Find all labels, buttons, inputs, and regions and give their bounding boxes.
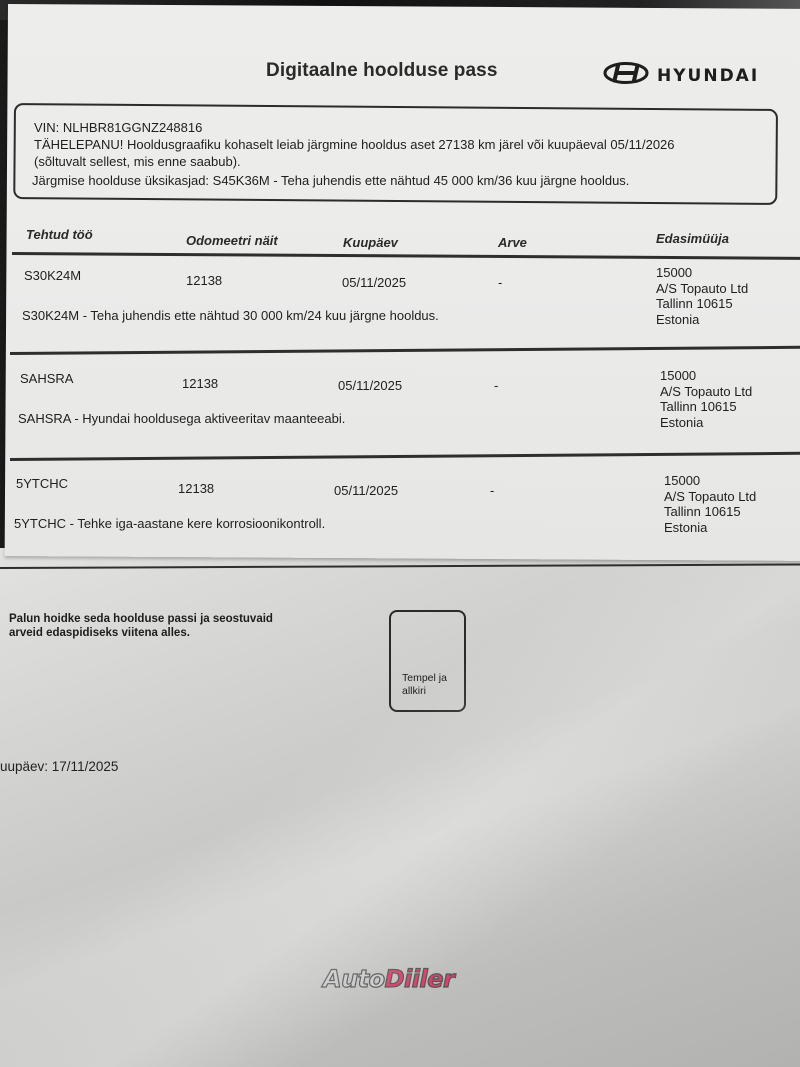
stamp-label: Tempel ja allkiri	[402, 672, 447, 698]
invoice: -	[490, 483, 494, 498]
lower-sheet: Palun hoidke seda hoolduse passi ja seos…	[0, 548, 800, 1067]
service-date: 05/11/2025	[342, 275, 406, 290]
service-code: S30K24M	[24, 268, 81, 283]
invoice: -	[498, 275, 502, 290]
dealer-line: Estonia	[664, 520, 756, 536]
print-date: uupäev: 17/11/2025	[0, 759, 118, 774]
watermark-auto: Auto	[323, 965, 385, 993]
odometer-reading: 12138	[182, 376, 218, 391]
service-date: 05/11/2025	[334, 483, 398, 498]
dealer-line: Estonia	[656, 312, 748, 328]
dealer-line: 15000	[656, 265, 748, 281]
service-description: 5YTCHC - Tehke iga-aastane kere korrosio…	[14, 516, 325, 531]
service-code: 5YTCHC	[16, 476, 68, 491]
dealer-info: 15000A/S Topauto LtdTallinn 10615Estonia	[664, 473, 756, 535]
dealer-line: A/S Topauto Ltd	[660, 384, 752, 400]
vin: VIN: NLHBR81GGNZ248816	[34, 120, 202, 135]
watermark-diiler: Diiler	[385, 965, 455, 993]
next-service-warning-cont: (sõltuvalt sellest, mis enne saabub).	[34, 154, 241, 169]
dealer-line: A/S Topauto Ltd	[656, 281, 748, 297]
keep-note-line-2: arveid edaspidiseks viitena alles.	[9, 626, 273, 640]
dealer-info: 15000A/S Topauto LtdTallinn 10615Estonia	[656, 265, 748, 327]
stamp-label-line-1: Tempel ja	[402, 672, 447, 685]
next-service-warning: TÄHELEPANU! Hooldusgraafiku kohaselt lei…	[34, 137, 675, 152]
header-date: Kuupäev	[343, 235, 398, 250]
service-code: SAHSRA	[20, 371, 73, 386]
keep-note: Palun hoidke seda hoolduse passi ja seos…	[9, 612, 273, 640]
dealer-line: 15000	[664, 473, 756, 489]
header-work: Tehtud töö	[26, 227, 93, 242]
service-date: 05/11/2025	[338, 378, 402, 393]
dealer-line: 15000	[660, 368, 752, 384]
header-odometer: Odomeetri näit	[186, 233, 278, 248]
keep-note-line-1: Palun hoidke seda hoolduse passi ja seos…	[9, 612, 273, 626]
dealer-line: Tallinn 10615	[664, 504, 756, 520]
service-description: S30K24M - Teha juhendis ette nähtud 30 0…	[22, 308, 439, 323]
odometer-reading: 12138	[186, 273, 222, 288]
next-service-details: Järgmise hoolduse üksikasjad: S45K36M - …	[32, 173, 629, 188]
hyundai-logo-icon	[603, 62, 649, 89]
brand: HYUNDAI	[603, 62, 759, 89]
brand-name: HYUNDAI	[657, 66, 759, 86]
dealer-line: Tallinn 10615	[660, 399, 752, 415]
dealer-line: Tallinn 10615	[656, 296, 748, 312]
invoice: -	[494, 378, 498, 393]
header-dealer: Edasimüüja	[656, 231, 729, 246]
autodiiler-watermark: AutoDiiler	[323, 965, 454, 993]
document-title: Digitaalne hoolduse pass	[266, 60, 498, 82]
stamp-label-line-2: allkiri	[402, 685, 447, 698]
stamp-signature-box: Tempel ja allkiri	[389, 610, 466, 712]
service-description: SAHSRA - Hyundai hooldusega aktiveeritav…	[18, 411, 345, 426]
header-invoice: Arve	[498, 235, 527, 250]
dealer-info: 15000A/S Topauto LtdTallinn 10615Estonia	[660, 368, 752, 430]
dealer-line: Estonia	[660, 415, 752, 431]
dealer-line: A/S Topauto Ltd	[664, 489, 756, 505]
odometer-reading: 12138	[178, 481, 214, 496]
